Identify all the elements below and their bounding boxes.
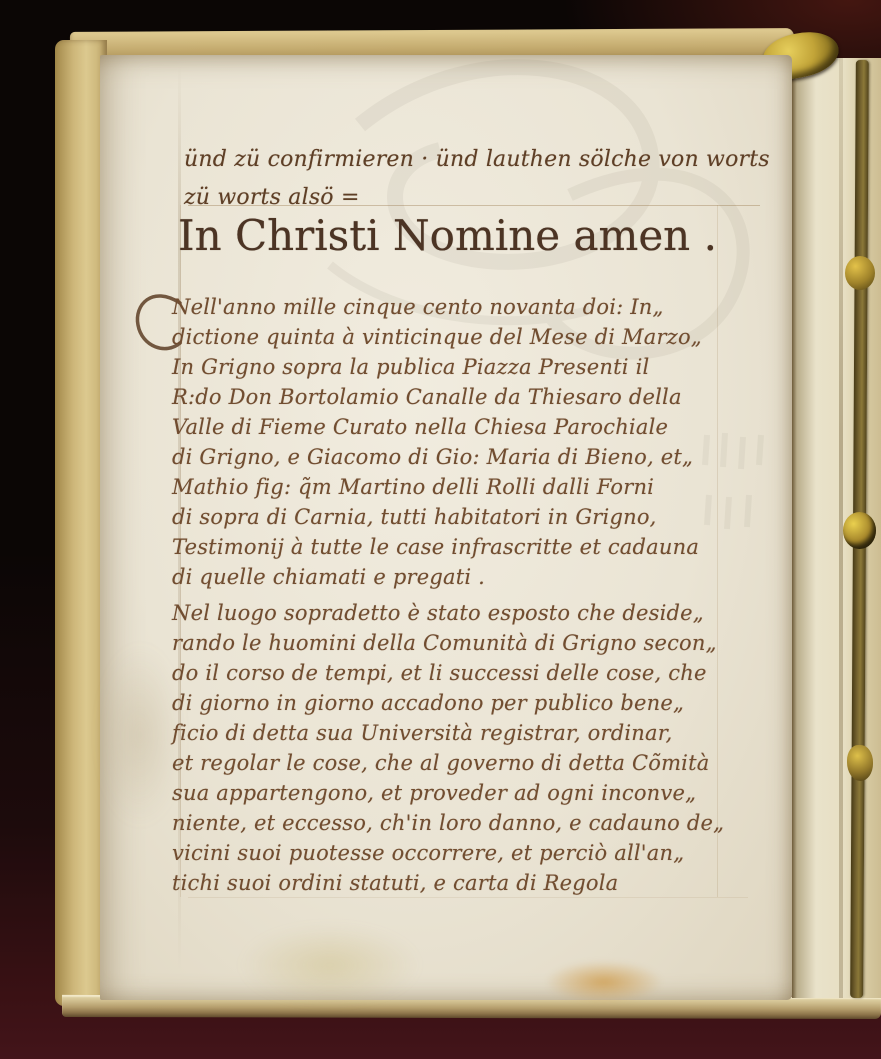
- body-line: et regolar le cose, che al governo di de…: [172, 751, 772, 781]
- body-line: sua appartengono, et proveder ad ogni in…: [172, 781, 772, 811]
- body-line: ficio di detta sua Università registrar,…: [172, 721, 772, 751]
- body-line: Nell'anno mille cinque cento novanta doi…: [172, 295, 772, 325]
- header-annotation-line-2: zü worts alsö =: [184, 185, 360, 210]
- binding-knot-lower: [847, 745, 873, 781]
- body-paragraph-2: Nel luogo sopradetto è stato esposto che…: [172, 601, 772, 901]
- body-line: do il corso de tempi, et li successi del…: [172, 661, 772, 691]
- body-line: vicini suoi puotesse occorrere, et perci…: [172, 841, 772, 871]
- page-title: In Christi Nomine amen .: [178, 211, 717, 260]
- body-line: Mathio fig: q̃m Martino delli Rolli dall…: [172, 475, 772, 505]
- body-line: R:do Don Bortolamio Canalle da Thiesaro …: [172, 385, 772, 415]
- body-line: dictione quinta à vinticinque del Mese d…: [172, 325, 772, 355]
- stain: [240, 925, 420, 1005]
- binding-knot-middle: [843, 512, 876, 549]
- body-line: Valle di Fieme Curato nella Chiesa Paroc…: [172, 415, 772, 445]
- body-line: rando le huomini della Comunità di Grign…: [172, 631, 772, 661]
- manuscript-page: ünd zü confirmieren · ünd lauthen sölche…: [100, 55, 792, 1000]
- body-line: di giorno in giorno accadono per publico…: [172, 691, 772, 721]
- body-line: Testimonij à tutte le case infrascritte …: [172, 535, 772, 565]
- body-text: Nell'anno mille cinque cento novanta doi…: [172, 295, 772, 901]
- binding-knot-upper: [845, 256, 875, 290]
- body-line: di Grigno, e Giacomo di Gio: Maria di Bi…: [172, 445, 772, 475]
- body-line: tichi suoi ordini statuti, e carta di Re…: [172, 871, 772, 901]
- header-annotation-line-1: ünd zü confirmieren · ünd lauthen sölche…: [184, 147, 770, 172]
- body-line: In Grigno sopra la publica Piazza Presen…: [172, 355, 772, 385]
- body-line: niente, et eccesso, ch'in loro danno, e …: [172, 811, 772, 841]
- manuscript-photo: ünd zü confirmieren · ünd lauthen sölche…: [0, 0, 881, 1059]
- body-line: Nel luogo sopradetto è stato esposto che…: [172, 601, 772, 631]
- body-line: di sopra di Carnia, tutti habitatori in …: [172, 505, 772, 535]
- stain: [100, 645, 180, 825]
- stain: [546, 961, 662, 1003]
- body-line: di quelle chiamati e pregati .: [172, 565, 772, 595]
